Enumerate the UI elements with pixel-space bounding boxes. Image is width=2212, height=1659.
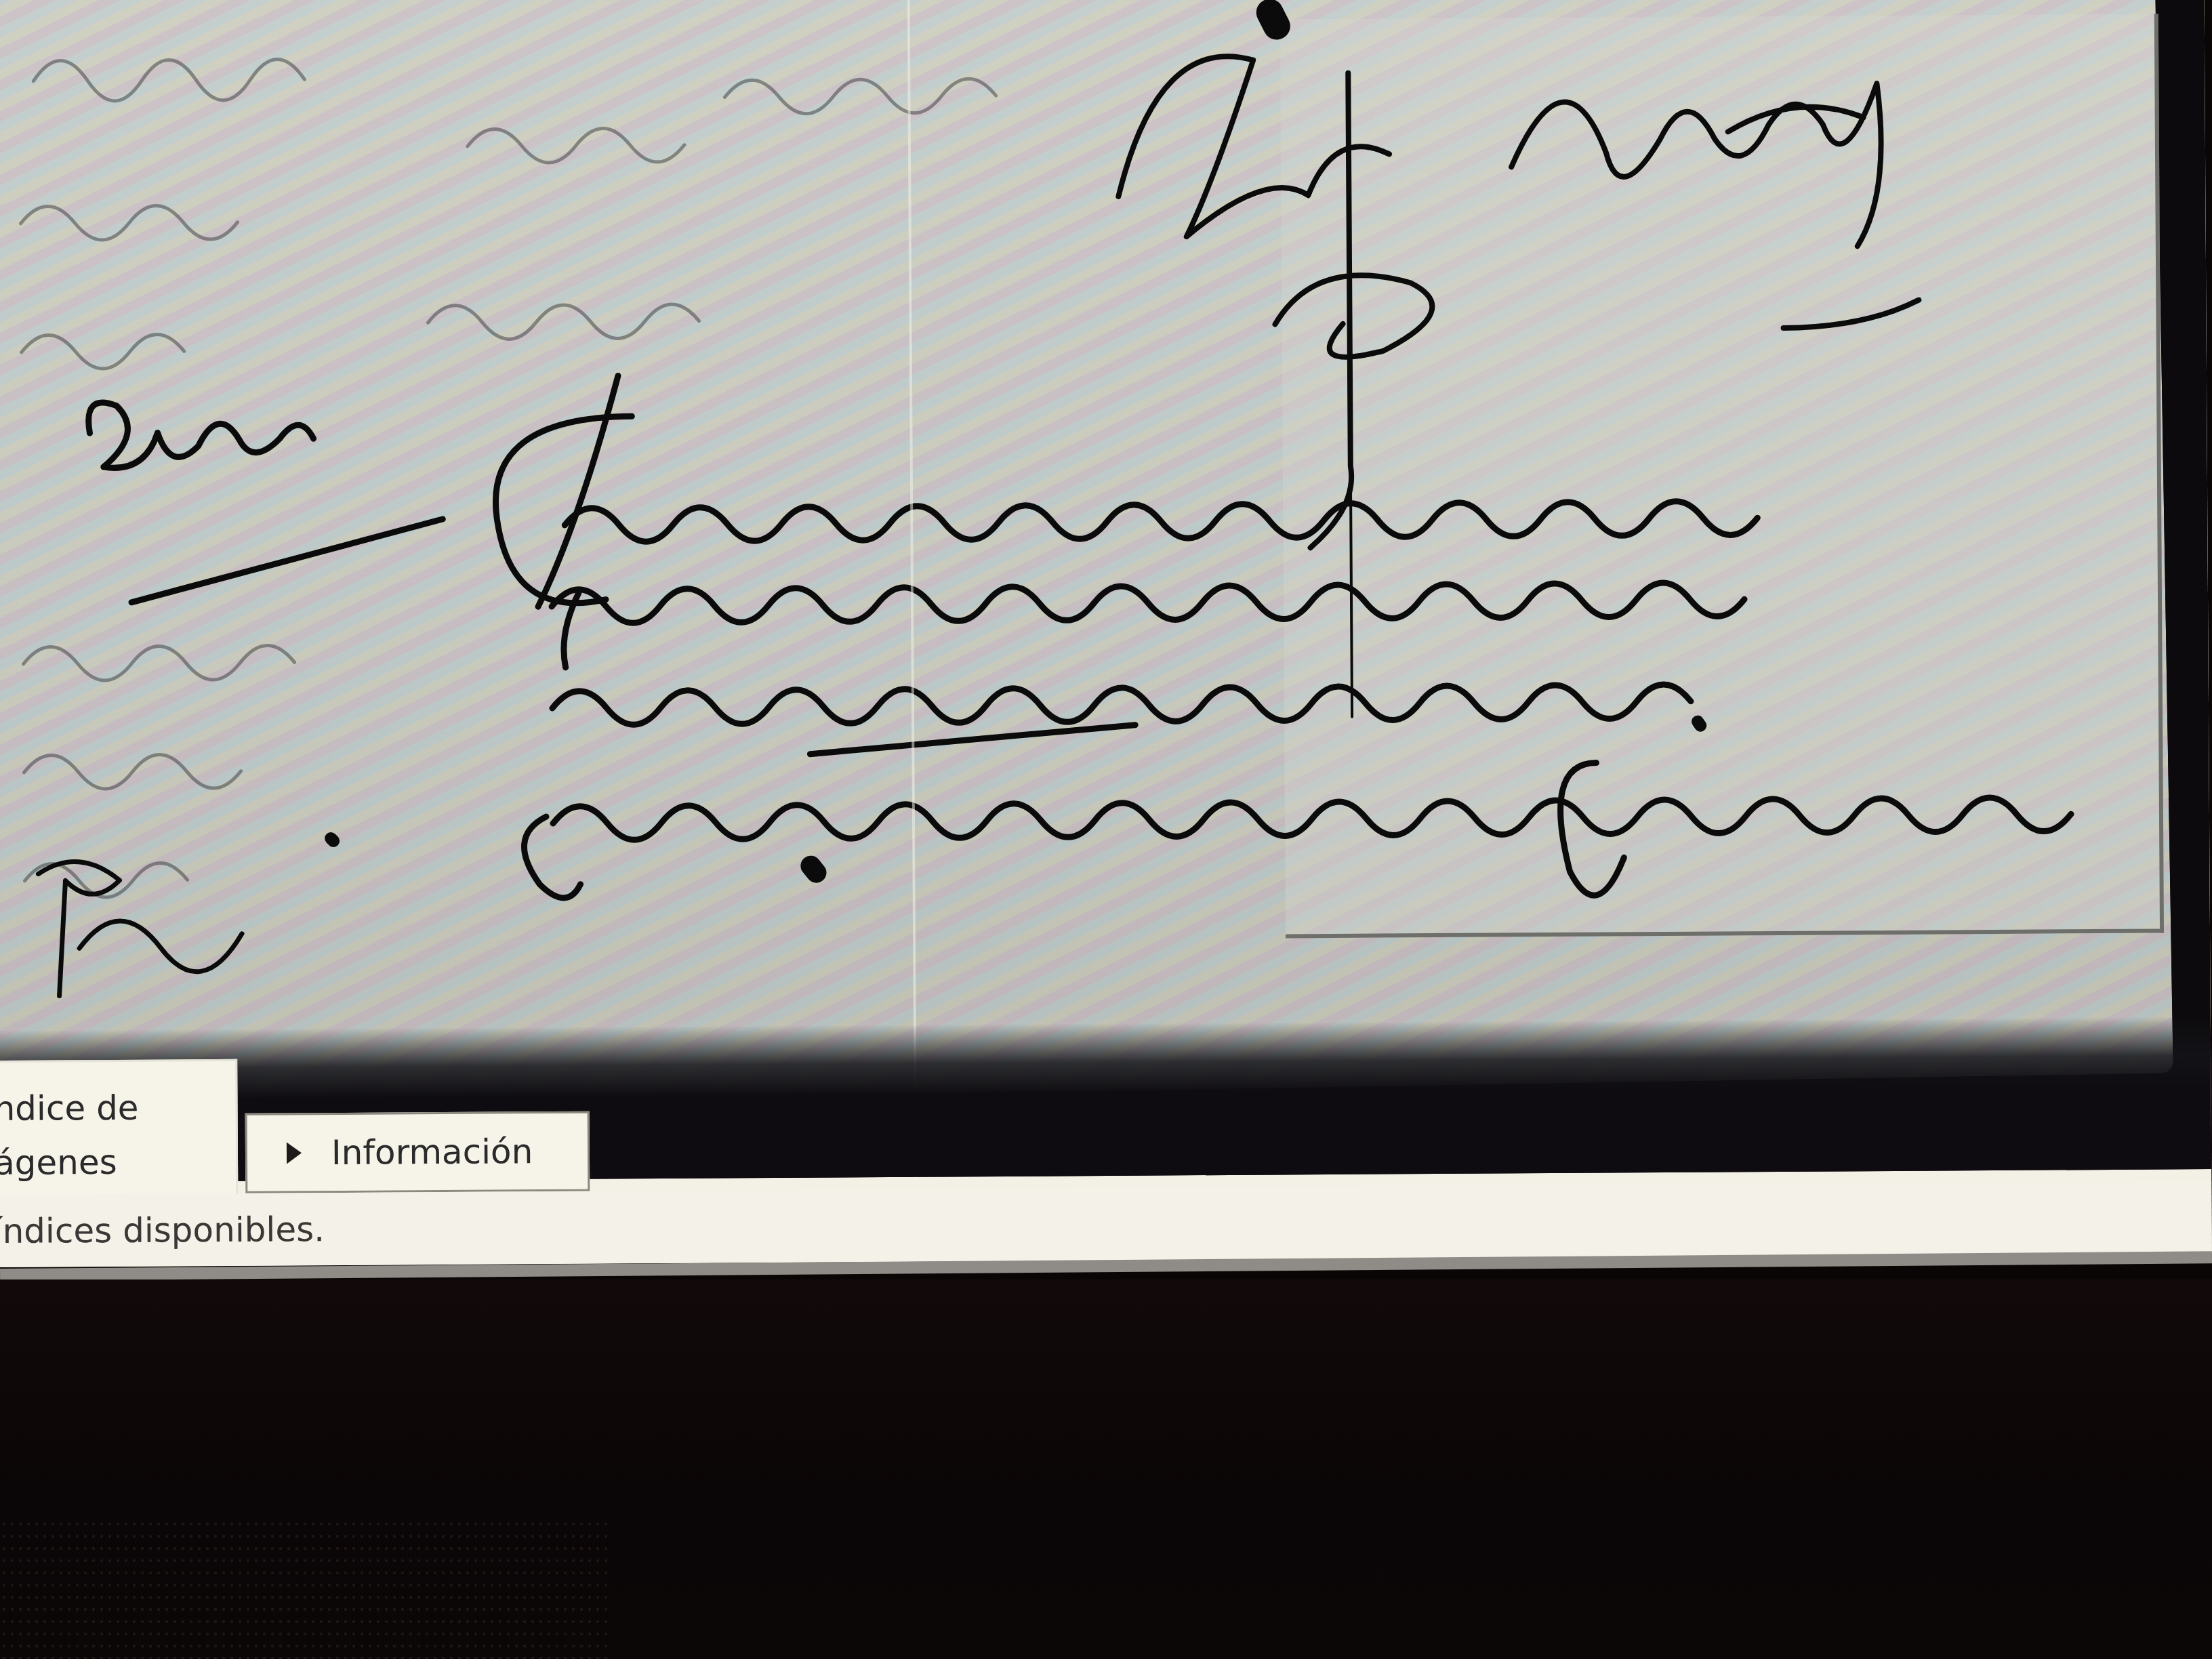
tab-image-index-label-line2: ágenes <box>0 1134 236 1190</box>
handwriting-strokes <box>0 0 2211 1183</box>
status-text: índices disponibles. <box>0 1210 325 1251</box>
tab-information-label: Información <box>331 1132 533 1172</box>
tab-information[interactable]: Información <box>245 1111 590 1193</box>
tab-image-index[interactable]: ndice de ágenes <box>0 1059 238 1196</box>
image-viewer[interactable] <box>0 0 2211 1183</box>
monitor-speaker-grille <box>0 1518 610 1659</box>
tab-image-index-label-line1: ndice de <box>0 1080 236 1136</box>
monitor-screen: ndice de ágenes Información índices disp… <box>0 0 2212 1267</box>
triangle-right-icon <box>287 1142 302 1164</box>
